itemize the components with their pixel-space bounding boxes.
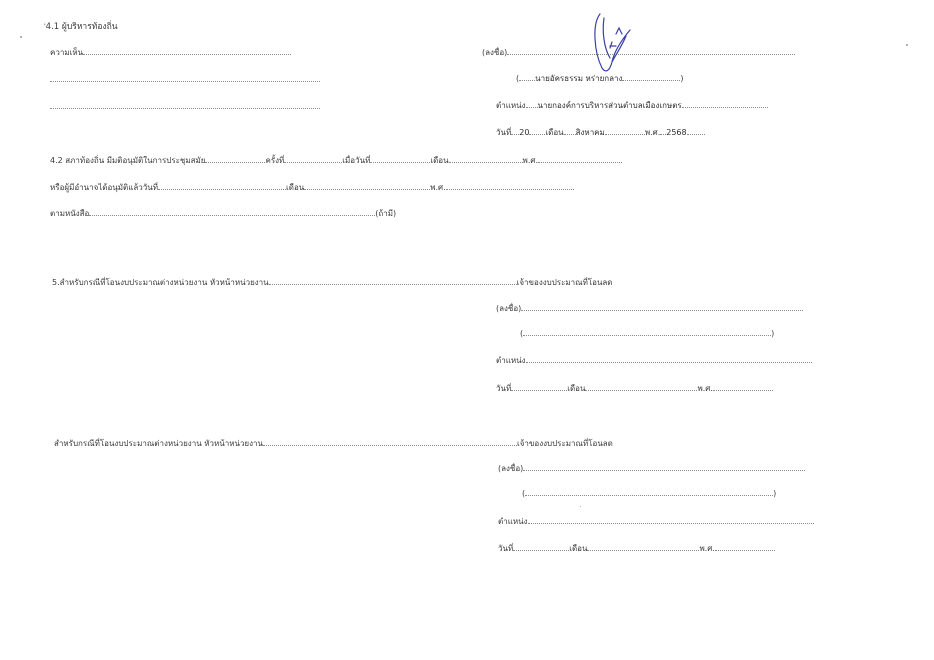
head-name-field[interactable] <box>263 438 517 446</box>
authority-label: หรือผู้มีอำนาจได้อนุมัติแล้ววันที่ <box>50 183 158 192</box>
exec-position-field[interactable]: ตำแหน่งนายกองค์การบริหารส่วนตำบลเมืองเกษ… <box>496 100 768 111</box>
letter-ref-line[interactable]: ตามหนังสือ(ถ้ามี) <box>50 208 396 219</box>
transfer-intro: 5.สำหรับกรณีที่โอนงบประมาณต่างหน่วยงาน ห… <box>52 278 269 287</box>
month-label: เดือน <box>545 128 563 137</box>
year-label: พ.ศ. <box>645 128 660 137</box>
year-label: พ.ศ. <box>430 183 445 192</box>
opinion-line-1[interactable] <box>83 47 291 55</box>
year-label: พ.ศ. <box>699 544 714 553</box>
day-label: วันที่ <box>496 384 511 393</box>
date-month-value: สิงหาคม <box>576 128 605 137</box>
transfer-intro: สำหรับกรณีที่โอนงบประมาณต่างหน่วยงาน หัว… <box>54 439 263 448</box>
date-field-2[interactable]: วันที่เดือนพ.ศ. <box>498 543 775 554</box>
council-label: 4.2 สภาท้องถิ่น มีมติอนุมัติในการประชุมส… <box>50 156 205 165</box>
on-date-label: เมื่อวันที่ <box>342 156 370 165</box>
sign-label: (ลงชื่อ) <box>482 48 507 57</box>
if-any-label: (ถ้ามี) <box>375 209 396 218</box>
authority-month-field[interactable] <box>304 182 430 190</box>
council-approval-line[interactable]: 4.2 สภาท้องถิ่น มีมติอนุมัติในการประชุมส… <box>50 155 622 166</box>
time-field[interactable] <box>284 155 342 163</box>
position-label: ตำแหน่ง <box>496 356 526 365</box>
opinion-label: ความเห็น <box>50 48 83 57</box>
authority-approval-line[interactable]: หรือผู้มีอำนาจได้อนุมัติแล้ววันที่เดือนพ… <box>50 182 574 193</box>
section-4-1-heading: '4.1 ผู้บริหารท้องถิ่น <box>44 22 118 32</box>
head-name-field[interactable] <box>269 277 517 285</box>
year-label: พ.ศ. <box>697 384 712 393</box>
year-field[interactable] <box>538 155 622 163</box>
name-field-2[interactable]: () <box>522 488 776 499</box>
opinion-line-2[interactable] <box>50 74 320 85</box>
sign-field-2[interactable]: (ลงชื่อ) <box>498 463 805 474</box>
letter-label: ตามหนังสือ <box>50 209 89 218</box>
day-label: วันที่ <box>498 544 513 553</box>
scan-speck <box>580 506 581 507</box>
position-field-1[interactable]: ตำแหน่ง <box>496 355 812 366</box>
letter-field[interactable] <box>89 208 375 216</box>
position-label: ตำแหน่ง <box>498 517 528 526</box>
signature-line[interactable] <box>507 47 795 55</box>
date-field-1[interactable]: วันที่เดือนพ.ศ. <box>496 383 773 394</box>
exec-position-value: นายกองค์การบริหารส่วนตำบลเมืองเกษตร <box>538 101 682 110</box>
scan-speck <box>906 44 908 46</box>
date-day-value: 20 <box>519 128 529 137</box>
owner-label: เจ้าของงบประมาณที่โอนลด <box>517 278 613 287</box>
transfer-head-line-1[interactable]: 5.สำหรับกรณีที่โอนงบประมาณต่างหน่วยงาน ห… <box>52 277 613 288</box>
exec-signature-field[interactable]: (ลงชื่อ) <box>482 47 795 58</box>
year-label: พ.ศ. <box>523 156 538 165</box>
month-label: เดือน <box>286 183 304 192</box>
name-field-1[interactable]: () <box>520 328 774 339</box>
exec-name-field[interactable]: (นายอัครธรรม หร่ายกลาง) <box>516 73 684 84</box>
handwritten-signature-icon <box>586 12 636 74</box>
sign-label: (ลงชื่อ) <box>498 464 523 473</box>
month-field[interactable] <box>449 155 523 163</box>
owner-label: เจ้าของงบประมาณที่โอนลด <box>517 439 613 448</box>
day-field[interactable] <box>370 155 430 163</box>
sign-field-1[interactable]: (ลงชื่อ) <box>496 303 803 314</box>
transfer-head-line-2[interactable]: สำหรับกรณีที่โอนงบประมาณต่างหน่วยงาน หัว… <box>54 438 613 449</box>
scan-speck <box>20 36 22 38</box>
time-label: ครั้งที่ <box>265 156 284 165</box>
sign-label: (ลงชื่อ) <box>496 304 521 313</box>
authority-day-field[interactable] <box>158 182 286 190</box>
exec-date-field[interactable]: วันที่20เดือนสิงหาคมพ.ศ.2568 <box>496 127 705 138</box>
session-field[interactable] <box>205 155 265 163</box>
date-year-value: 2568 <box>666 128 686 137</box>
position-field-2[interactable]: ตำแหน่ง <box>498 516 814 527</box>
month-label: เดือน <box>567 384 585 393</box>
day-label: วันที่ <box>496 128 511 137</box>
position-label: ตำแหน่ง <box>496 101 526 110</box>
authority-year-field[interactable] <box>446 182 574 190</box>
opinion-field[interactable]: ความเห็น <box>50 47 291 58</box>
opinion-line-3[interactable] <box>50 101 320 112</box>
month-label: เดือน <box>430 156 448 165</box>
month-label: เดือน <box>569 544 587 553</box>
exec-name-value: นายอัครธรรม หร่ายกลาง <box>535 74 622 83</box>
